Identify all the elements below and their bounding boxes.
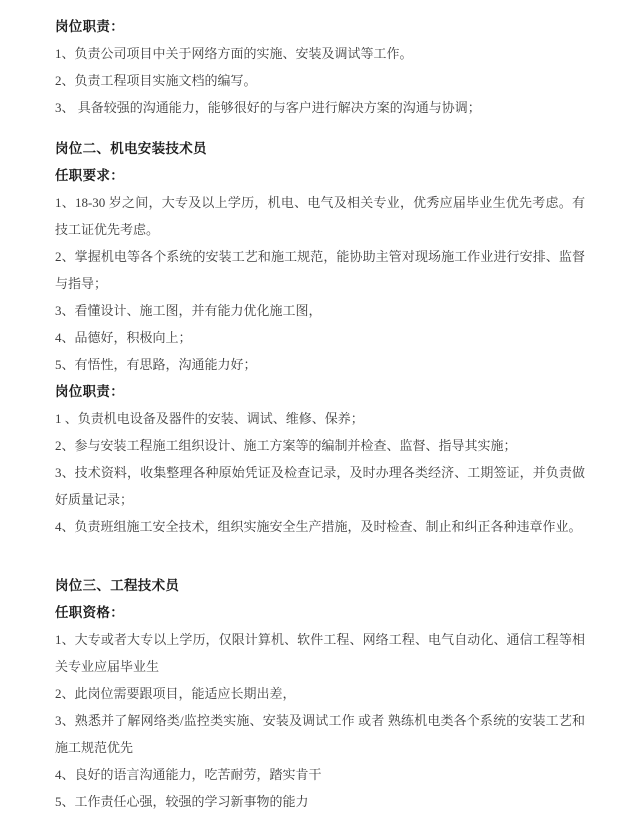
doc-heading: 岗位职责： — [55, 13, 585, 40]
doc-heading: 岗位职责： — [55, 378, 585, 405]
doc-paragraph: 1、18-30 岁之间，大专及以上学历，机电、电气及相关专业，优秀应届毕业生优先… — [55, 189, 585, 243]
doc-paragraph: 1、负责公司项目中关于网络方面的实施、安装及调试等工作。 — [55, 40, 585, 67]
doc-paragraph: 2、掌握机电等各个系统的安装工艺和施工规范，能协助主管对现场施工作业进行安排、监… — [55, 243, 585, 297]
doc-paragraph: 3、技术资料，收集整理各种原始凭证及检查记录，及时办理各类经济、工期签证，并负责… — [55, 459, 585, 513]
doc-paragraph: 1 、负责机电设备及器件的安装、调试、维修、保养； — [55, 405, 585, 432]
doc-paragraph: 3、看懂设计、施工图，并有能力优化施工图， — [55, 297, 585, 324]
doc-paragraph: 5、有悟性，有思路，沟通能力好； — [55, 351, 585, 378]
doc-paragraph: 4、负责班组施工安全技术，组织实施安全生产措施，及时检查、制止和纠正各种违章作业… — [55, 513, 585, 540]
doc-heading: 岗位二、机电安装技术员 — [55, 135, 585, 162]
doc-paragraph: 2、此岗位需要跟项目，能适应长期出差， — [55, 680, 585, 707]
doc-paragraph: 2、负责工程项目实施文档的编写。 — [55, 67, 585, 94]
doc-paragraph: 3、 具备较强的沟通能力，能够很好的与客户进行解决方案的沟通与协调； — [55, 94, 585, 121]
doc-paragraph: 1、大专或者大专以上学历，仅限计算机、软件工程、网络工程、电气自动化、通信工程等… — [55, 626, 585, 680]
doc-paragraph: 4、品德好，积极向上； — [55, 324, 585, 351]
section-spacer — [55, 540, 585, 572]
section-spacer — [55, 121, 585, 135]
document-body: 岗位职责：1、负责公司项目中关于网络方面的实施、安装及调试等工作。2、负责工程项… — [55, 13, 585, 815]
doc-paragraph: 2、参与安装工程施工组织设计、施工方案等的编制并检查、监督、指导其实施； — [55, 432, 585, 459]
doc-paragraph: 4、良好的语言沟通能力，吃苦耐劳，踏实肯干 — [55, 761, 585, 788]
document-page: 岗位职责：1、负责公司项目中关于网络方面的实施、安装及调试等工作。2、负责工程项… — [0, 0, 643, 836]
doc-heading: 岗位三、工程技术员 — [55, 572, 585, 599]
doc-heading: 任职资格： — [55, 599, 585, 626]
doc-paragraph: 5、工作责任心强，较强的学习新事物的能力 — [55, 788, 585, 815]
doc-paragraph: 3、熟悉并了解网络类/监控类实施、安装及调试工作 或者 熟练机电类各个系统的安装… — [55, 707, 585, 761]
doc-heading: 任职要求： — [55, 162, 585, 189]
